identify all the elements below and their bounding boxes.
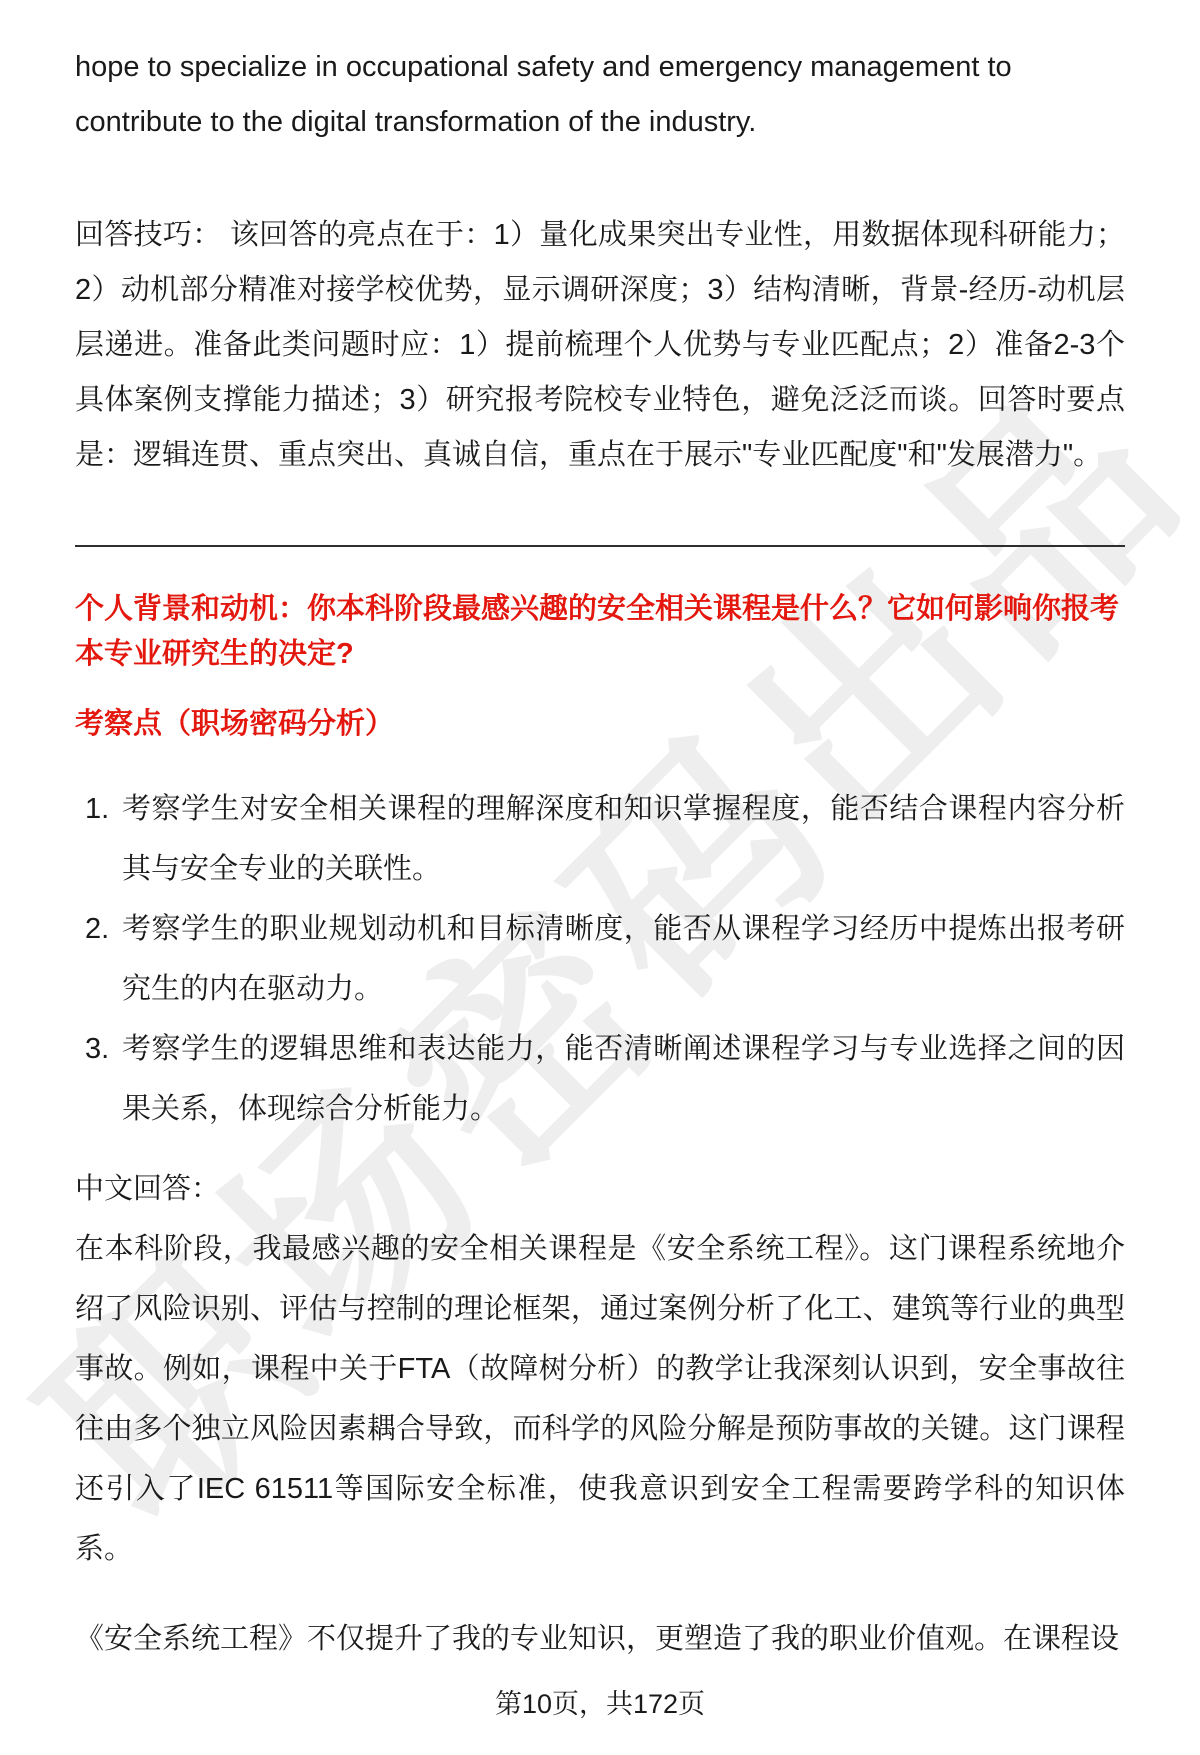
- list-item-text: 考察学生的职业规划动机和目标清晰度，能否从课程学习经历中提炼出报考研究生的内在驱…: [122, 899, 1125, 1019]
- analysis-heading: 考察点（职场密码分析）: [75, 702, 1125, 747]
- answer-paragraph-1: 在本科阶段，我最感兴趣的安全相关课程是《安全系统工程》。这门课程系统地介绍了风险…: [75, 1219, 1125, 1579]
- chinese-answer-label: 中文回答：: [75, 1159, 1125, 1219]
- answer-paragraph-2: 《安全系统工程》不仅提升了我的专业知识，更塑造了我的职业价值观。在课程设: [75, 1609, 1125, 1669]
- list-item: 3. 考察学生的逻辑思维和表达能力，能否清晰阐述课程学习与专业选择之间的因果关系…: [75, 1019, 1125, 1139]
- document-page: 职场密码出品 hope to specialize in occupationa…: [0, 0, 1200, 1755]
- list-item-number: 3.: [75, 1019, 122, 1139]
- list-item: 2. 考察学生的职业规划动机和目标清晰度，能否从课程学习经历中提炼出报考研究生的…: [75, 899, 1125, 1019]
- analysis-points-list: 1. 考察学生对安全相关课程的理解深度和知识掌握程度，能否结合课程内容分析其与安…: [75, 779, 1125, 1139]
- section-divider: [75, 545, 1125, 547]
- list-item-number: 1.: [75, 779, 122, 899]
- page-number: 第10页，共172页: [0, 1682, 1200, 1721]
- question-heading: 个人背景和动机：你本科阶段最感兴趣的安全相关课程是什么？它如何影响你报考本专业研…: [75, 587, 1125, 677]
- list-item: 1. 考察学生对安全相关课程的理解深度和知识掌握程度，能否结合课程内容分析其与安…: [75, 779, 1125, 899]
- answer-tips-paragraph: 回答技巧： 该回答的亮点在于：1）量化成果突出专业性，用数据体现科研能力；2）动…: [75, 208, 1125, 483]
- english-paragraph: hope to specialize in occupational safet…: [75, 0, 1125, 150]
- page-content: hope to specialize in occupational safet…: [0, 0, 1200, 1669]
- list-item-text: 考察学生对安全相关课程的理解深度和知识掌握程度，能否结合课程内容分析其与安全专业…: [122, 779, 1125, 899]
- list-item-number: 2.: [75, 899, 122, 1019]
- list-item-text: 考察学生的逻辑思维和表达能力，能否清晰阐述课程学习与专业选择之间的因果关系，体现…: [122, 1019, 1125, 1139]
